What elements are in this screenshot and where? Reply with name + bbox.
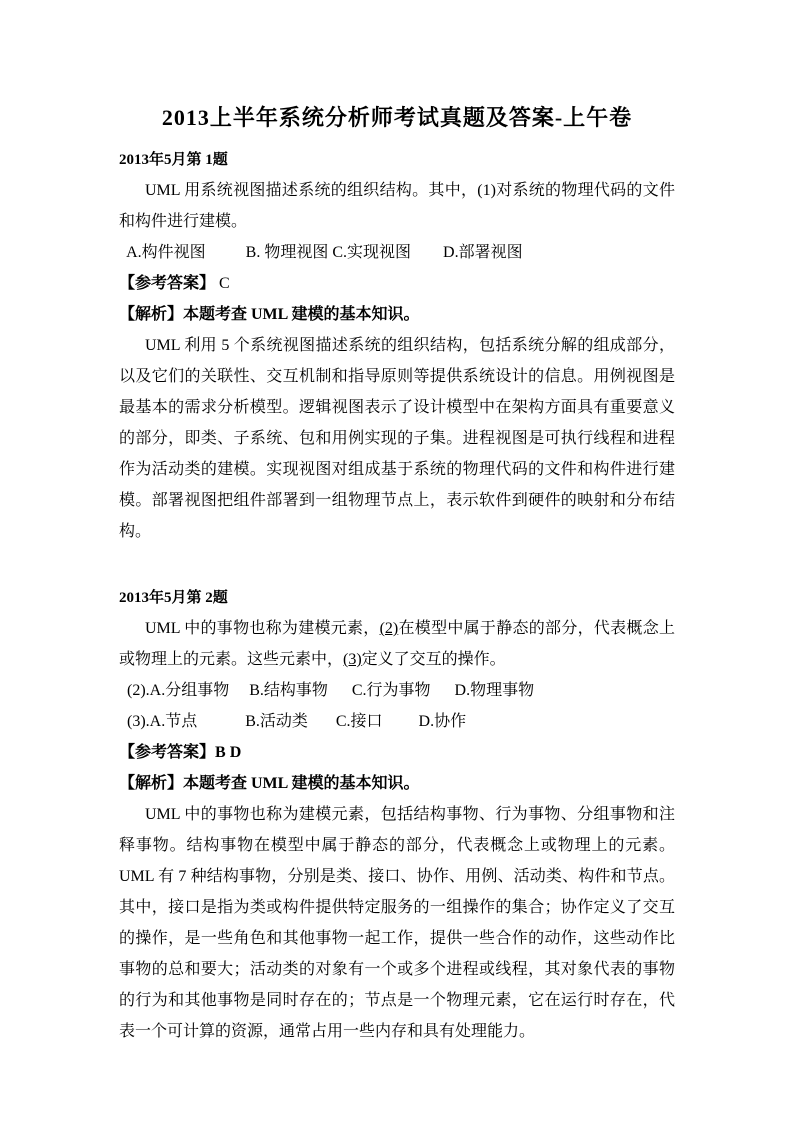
question-1-analysis-heading: 【解析】本题考查 UML 建模的基本知识。	[119, 299, 675, 330]
question-2-explanation: UML 中的事物也称为建模元素，包括结构事物、行为事物、分组事物和注释事物。结构…	[119, 799, 675, 1047]
answer-label: 【参考答案】	[119, 275, 215, 292]
question-2-section: 2013年5月第 2题 UML 中的事物也称为建模元素，(2)在模型中属于静态的…	[119, 583, 675, 1047]
question-1-answer-line: 【参考答案】 C	[119, 268, 675, 299]
answer-value: B D	[215, 744, 241, 761]
question-2-analysis-heading: 【解析】本题考查 UML 建模的基本知识。	[119, 768, 675, 799]
question-1-options: A.构件视图 B. 物理视图 C.实现视图 D.部署视图	[119, 237, 675, 268]
question-2-answer-line: 【参考答案】B D	[119, 737, 675, 768]
question-1-explanation: UML 利用 5 个系统视图描述系统的组织结构，包括系统分解的组成部分，以及它们…	[119, 330, 675, 547]
question-2-statement: UML 中的事物也称为建模元素，(2)在模型中属于静态的部分，代表概念上或物理上…	[119, 613, 675, 675]
blank-3-underlined: (3)	[343, 651, 362, 668]
question-2-options-blank3: (3).A.节点 B.活动类 C.接口 D.协作	[119, 706, 675, 737]
answer-label: 【参考答案】	[119, 744, 215, 761]
page-title: 2013上半年系统分析师考试真题及答案-上午卷	[119, 103, 675, 133]
question-1-statement: UML 用系统视图描述系统的组织结构。其中，(1)对系统的物理代码的文件和构件进…	[119, 175, 675, 237]
answer-value: C	[215, 275, 230, 292]
blank-2-underlined: (2)	[380, 620, 399, 637]
statement-text: 定义了交互的操作。	[362, 651, 506, 668]
question-2-options-blank2: (2).A.分组事物 B.结构事物 C.行为事物 D.物理事物	[119, 675, 675, 706]
question-2-heading: 2013年5月第 2题	[119, 583, 675, 613]
question-1-section: 2013年5月第 1题 UML 用系统视图描述系统的组织结构。其中，(1)对系统…	[119, 145, 675, 547]
document-page: 2013上半年系统分析师考试真题及答案-上午卷 2013年5月第 1题 UML …	[0, 0, 794, 1123]
statement-text: UML 中的事物也称为建模元素，	[145, 620, 380, 637]
question-1-heading: 2013年5月第 1题	[119, 145, 675, 175]
